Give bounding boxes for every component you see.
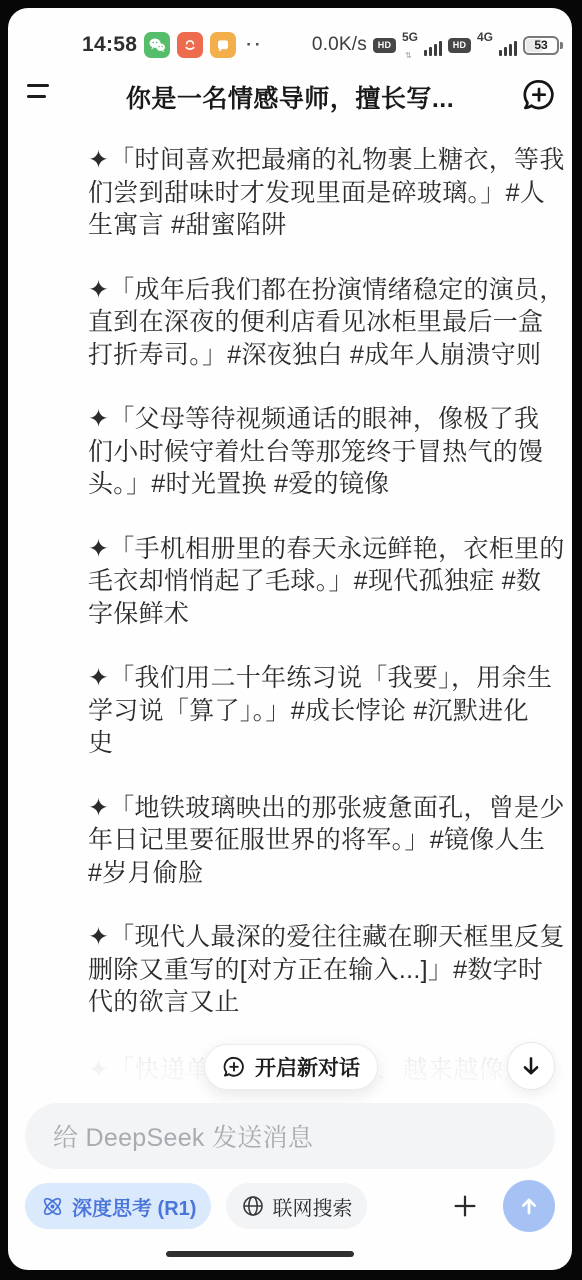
phone-frame: 14:58 ·· 0.0K/s HD 5G ⇅ HD 4G [0,0,582,1280]
input-placeholder: 给 DeepSeek 发送消息 [53,1118,313,1154]
globe-icon [241,1194,265,1218]
assistant-message: ✦「地铁玻璃映出的那张疲惫面孔，曾是少 年日记里要征服世界的将军。」#镜像人生 … [88,792,572,890]
attach-button[interactable] [448,1189,482,1223]
signal-bars-icon [499,41,518,56]
assistant-message: ✦「我们用二十年练习说「我要」，用余生 学习说「算了」。」#成长悖论 #沉默进化… [88,662,572,760]
chat-message-list: ✦「时间喜欢把最痛的礼物裹上糖衣，等我 们尝到甜味时才发现里面是碎玻璃。」#人 … [88,144,572,1051]
app-screen: 14:58 ·· 0.0K/s HD 5G ⇅ HD 4G [8,8,572,1270]
conversation-title: 你是一名情感导师，擅长写... [68,79,512,115]
shopping-app-icon [177,32,203,58]
message-input[interactable]: 给 DeepSeek 发送消息 [25,1103,555,1169]
arrow-down-icon [517,1052,545,1080]
wechat-icon [144,32,170,58]
network-speed: 0.0K/s [312,34,367,56]
new-chat-button[interactable] [519,75,559,115]
web-search-toggle[interactable]: 联网搜索 [226,1183,367,1229]
signal-bars-icon [424,41,443,56]
atom-icon [40,1194,65,1219]
clock: 14:58 [82,33,137,57]
assistant-message: ✦「父母等待视频通话的眼神，像极了我 们小时候守着灶台等那笼终于冒热气的馒 头。… [88,403,572,501]
status-more-dots: ·· [246,35,263,55]
chat-bubble-plus-icon [222,1055,246,1079]
status-bar-left: 14:58 ·· [82,30,264,60]
chat-bubble-plus-icon [521,77,557,113]
data-arrows-icon: ⇅ [405,51,412,60]
plus-icon [449,1190,481,1222]
composer-toolbar: 深度思考 (R1) 联网搜索 [25,1180,555,1232]
home-indicator[interactable] [166,1251,354,1257]
assistant-message: ✦「手机相册里的春天永远鲜艳，衣柜里的 毛衣却悄悄起了毛球。」#现代孤独症 #数… [88,533,572,631]
status-bar-right: 0.0K/s HD 5G ⇅ HD 4G 53 [312,30,564,60]
assistant-message: ✦「现代人最深的爱往往藏在聊天框里反复 删除又重写的[对方正在输入...]」#数… [88,921,572,1019]
arrow-up-icon [516,1193,542,1219]
battery-icon: 53 [523,36,559,55]
start-new-chat-button[interactable]: 开启新对话 [204,1044,378,1090]
scroll-to-bottom-button[interactable] [507,1042,555,1090]
signal-5g-icon: 5G ⇅ [402,32,442,59]
signal-4g-icon: 4G [477,32,517,59]
hd-volte-icon-1: HD [373,38,396,53]
assistant-message: ✦「成年后我们都在扮演情绪稳定的演员， 直到在深夜的便利店看见冰柜里最后一盒 打… [88,274,572,372]
assistant-message: ✦「时间喜欢把最痛的礼物裹上糖衣，等我 们尝到甜味时才发现里面是碎玻璃。」#人 … [88,144,572,242]
sidebar-menu-button[interactable] [27,80,53,102]
deep-think-toggle[interactable]: 深度思考 (R1) [25,1183,211,1229]
battery-percent: 53 [534,38,547,52]
messages-app-icon [210,32,236,58]
hd-volte-icon-2: HD [448,38,471,53]
send-button[interactable] [503,1180,555,1232]
